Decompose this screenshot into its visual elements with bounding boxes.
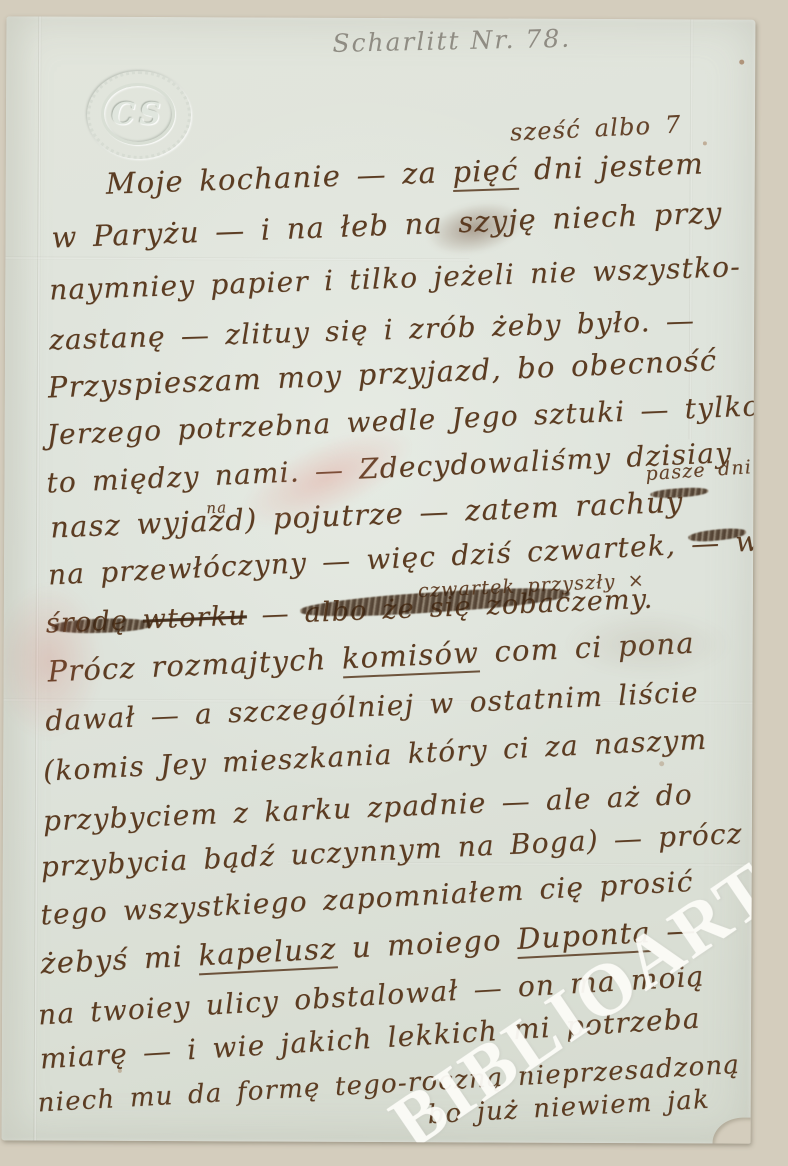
left-edge-shading	[2, 16, 39, 1140]
embossed-stamp-oval: CS	[101, 83, 175, 145]
handwriting-layer: Moje kochanie — za pięć dni jestemw Pary…	[6, 16, 755, 19]
embossed-stamp: CS	[87, 71, 191, 159]
letter-page: CS Scharlitt Nr. 78. Moje kochanie — za …	[2, 16, 756, 1143]
foxing-spot	[703, 141, 707, 145]
stamp-monogram: CS	[111, 96, 165, 131]
pencil-annotation: Scharlitt Nr. 78.	[332, 24, 571, 58]
handwritten-line: w Paryżu — i na łeb na szyję niech przy	[51, 195, 723, 254]
interlinear-addition: sześć albo 7	[509, 110, 682, 146]
foxing-spot	[659, 761, 664, 766]
foxing-spot	[739, 60, 744, 65]
foxing-spot	[118, 1069, 122, 1073]
manuscript-photo: CS Scharlitt Nr. 78. Moje kochanie — za …	[0, 0, 788, 1166]
handwritten-line: Moje kochanie — za pięć dni jestem	[105, 146, 704, 200]
foxing-spot	[93, 339, 97, 343]
paper-corner-notch	[713, 1117, 756, 1143]
handwritten-line: naymniey papier i tilko jeżeli nie wszys…	[49, 250, 742, 307]
interlinear-addition: na	[206, 498, 228, 517]
